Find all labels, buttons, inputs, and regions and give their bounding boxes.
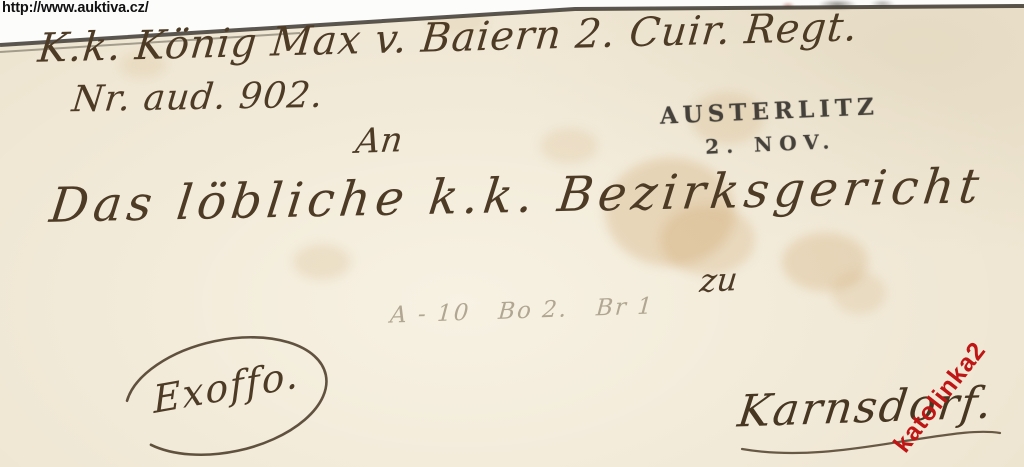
handwritten-destination: Karnsdorf. bbox=[735, 381, 996, 434]
paper-stain bbox=[782, 233, 868, 291]
scanned-postal-cover: http://www.auktiva.cz/ K.k. König Max v.… bbox=[0, 0, 1024, 467]
handwritten-zu: zu bbox=[698, 263, 739, 297]
postmark-town: AUSTERLITZ bbox=[651, 93, 888, 130]
source-url-text: http://www.auktiva.cz/ bbox=[2, 0, 149, 16]
handwritten-addressee-line: Das löbliche k.k. Bezirksgericht bbox=[47, 162, 986, 230]
postmark-stamp: AUSTERLITZ 2. NOV. bbox=[651, 93, 889, 161]
handwritten-salutation: An bbox=[354, 123, 405, 159]
handwritten-exoffo-note: Exoffo. bbox=[152, 355, 300, 419]
paper-stain bbox=[832, 272, 886, 314]
postmark-date: 2. NOV. bbox=[652, 127, 889, 161]
handwritten-number-line: Nr. aud. 902. bbox=[70, 78, 325, 118]
paper-stain bbox=[540, 128, 598, 164]
paper-stain bbox=[293, 244, 351, 280]
pencil-annotation: A - 10 Bo 2. Br 1 bbox=[389, 295, 654, 327]
